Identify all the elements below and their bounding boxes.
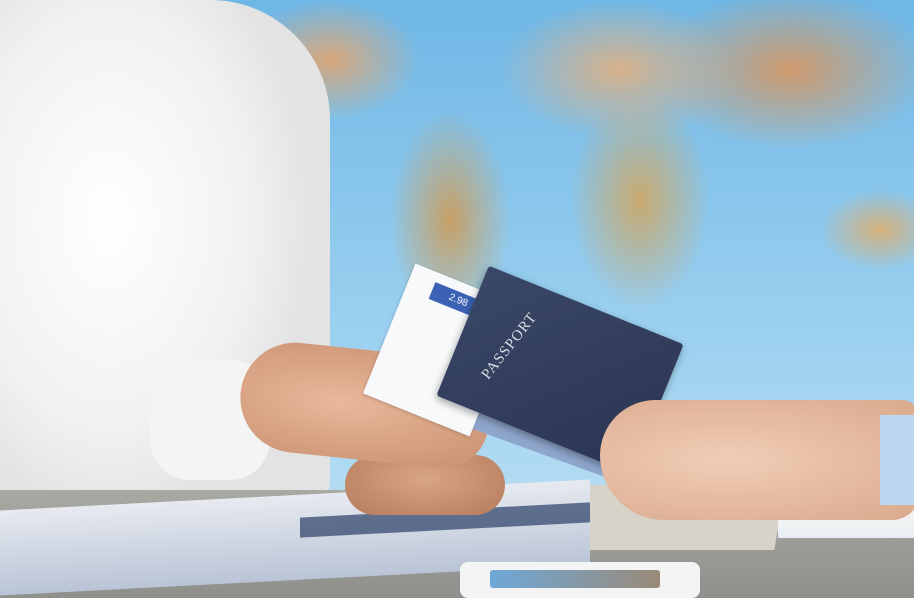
photo-scene: 2.98 PASSPORT — [0, 0, 914, 598]
customer-hand — [600, 400, 914, 520]
customer-sleeve — [880, 415, 914, 505]
smartphone-screen — [490, 570, 660, 588]
